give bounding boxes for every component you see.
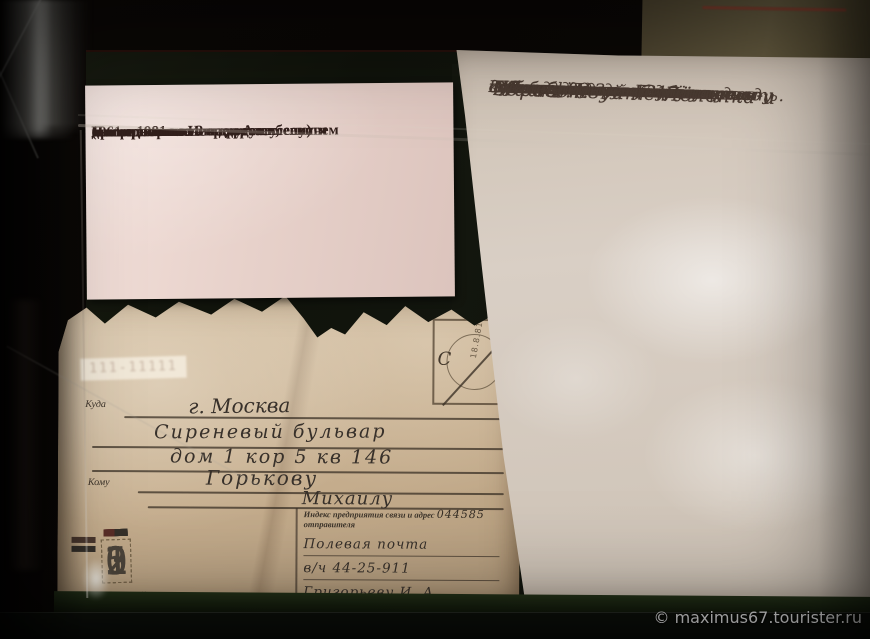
glass-corner-glare <box>82 558 110 600</box>
postmark-date: 18.8.81 <box>469 344 480 359</box>
komu-label: Кому <box>88 477 110 488</box>
envelope: 111-11111 Куда Кому г. Москва Сиреневый … <box>57 295 521 615</box>
background-document-line <box>703 6 847 12</box>
recipient-name: Михаилу <box>302 488 394 509</box>
sender-caption: Индекс предприятия связи и адрес 044585 … <box>304 509 518 530</box>
destination-city: г. Москва <box>188 393 290 418</box>
sender-caption-line2: отправителя <box>304 519 355 529</box>
watermark: © maximus67.tourister.ru <box>654 608 863 627</box>
museum-display-photo: Последнее письмо другу(отправлено за 2 ч… <box>0 0 870 639</box>
faded-postal-mark: 111-11111 <box>80 356 187 381</box>
sender-address-line: Полевая почта <box>303 532 499 557</box>
metal-reflection-3 <box>0 0 74 138</box>
postal-code-guide-bars <box>71 537 95 553</box>
typed-label-card: Последнее письмо другу(отправлено за 2 ч… <box>85 82 455 299</box>
letter-text: Здравствуйте Лёленка иМиша !!! Пишет вам… <box>494 76 870 88</box>
background-document <box>641 0 870 64</box>
postal-code: 105122 <box>101 539 311 586</box>
sender-caption-line1: Индекс предприятия связи и адрес <box>304 509 435 520</box>
sender-index: 044585 <box>437 508 485 521</box>
background-pole <box>8 300 42 570</box>
destination-street: Сиреневый бульвар <box>154 420 386 443</box>
sender-address-line: в/ч 44-25-911 <box>303 556 499 581</box>
address-rule-line <box>124 416 504 420</box>
